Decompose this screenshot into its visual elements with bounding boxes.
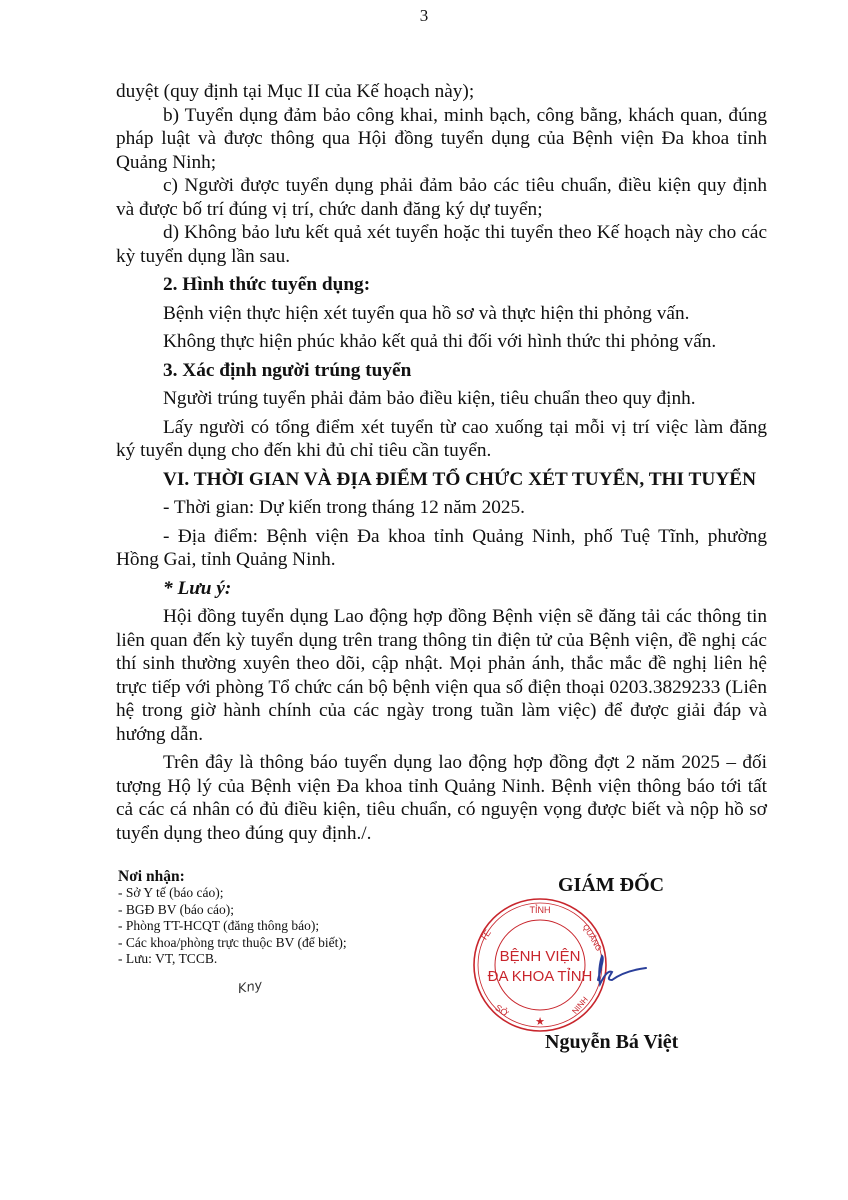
section-heading: 3. Xác định người trúng tuyển	[116, 359, 767, 383]
recipient-item: - Lưu: VT, TCCB.	[118, 951, 347, 968]
paragraph: Bệnh viện thực hiện xét tuyển qua hồ sơ …	[116, 302, 767, 326]
official-stamp-icon: TỈNH TẾ QUẢNG SỞ NINH BỆNH VIỆN ĐA KHOA …	[470, 895, 610, 1035]
section-heading: VI. THỜI GIAN VÀ ĐỊA ĐIỂM TỔ CHỨC XÉT TU…	[116, 468, 767, 492]
paragraph: c) Người được tuyển dụng phải đảm bảo cá…	[116, 174, 767, 221]
svg-text:★: ★	[535, 1016, 545, 1028]
svg-text:SỞ: SỞ	[493, 1002, 511, 1019]
svg-text:ĐA KHOA TỈNH: ĐA KHOA TỈNH	[488, 968, 593, 985]
recipients-header: Nơi nhận:	[118, 868, 347, 885]
svg-text:TẾ: TẾ	[478, 928, 493, 943]
paragraph: Lấy người có tổng điểm xét tuyển từ cao …	[116, 416, 767, 463]
svg-text:TỈNH: TỈNH	[530, 904, 551, 915]
paragraph: Trên đây là thông báo tuyển dụng lao độn…	[116, 751, 767, 845]
paragraph: duyệt (quy định tại Mục II của Kế hoạch …	[116, 80, 767, 104]
paragraph: Không thực hiện phúc khảo kết quả thi đố…	[116, 330, 767, 354]
paragraph: Hội đồng tuyển dụng Lao động hợp đồng Bệ…	[116, 605, 767, 746]
signer-title: GIÁM ĐỐC	[558, 874, 664, 897]
section-heading: * Lưu ý:	[116, 577, 767, 601]
section-heading: 2. Hình thức tuyển dụng:	[116, 273, 767, 297]
paragraph: b) Tuyển dụng đảm bảo công khai, minh bạ…	[116, 104, 767, 175]
handwritten-initials: Kny	[237, 978, 264, 997]
recipient-item: - Phòng TT-HCQT (đăng thông báo);	[118, 918, 347, 935]
paragraph: - Địa điểm: Bệnh viện Đa khoa tỉnh Quảng…	[116, 525, 767, 572]
signer-name: Nguyễn Bá Việt	[545, 1031, 678, 1054]
document-body: duyệt (quy định tại Mục II của Kế hoạch …	[116, 80, 767, 845]
recipient-item: - BGĐ BV (báo cáo);	[118, 902, 347, 919]
paragraph: Người trúng tuyển phải đảm bảo điều kiện…	[116, 387, 767, 411]
page-number: 3	[0, 6, 848, 26]
paragraph: - Thời gian: Dự kiến trong tháng 12 năm …	[116, 496, 767, 520]
handwritten-signature-icon	[590, 950, 650, 990]
recipients-block: Nơi nhận: - Sở Y tế (báo cáo); - BGĐ BV …	[118, 868, 347, 968]
recipient-item: - Các khoa/phòng trực thuộc BV (để biết)…	[118, 935, 347, 952]
paragraph: d) Không bảo lưu kết quả xét tuyển hoặc …	[116, 221, 767, 268]
recipient-item: - Sở Y tế (báo cáo);	[118, 885, 347, 902]
svg-text:BỆNH VIỆN: BỆNH VIỆN	[500, 948, 581, 965]
